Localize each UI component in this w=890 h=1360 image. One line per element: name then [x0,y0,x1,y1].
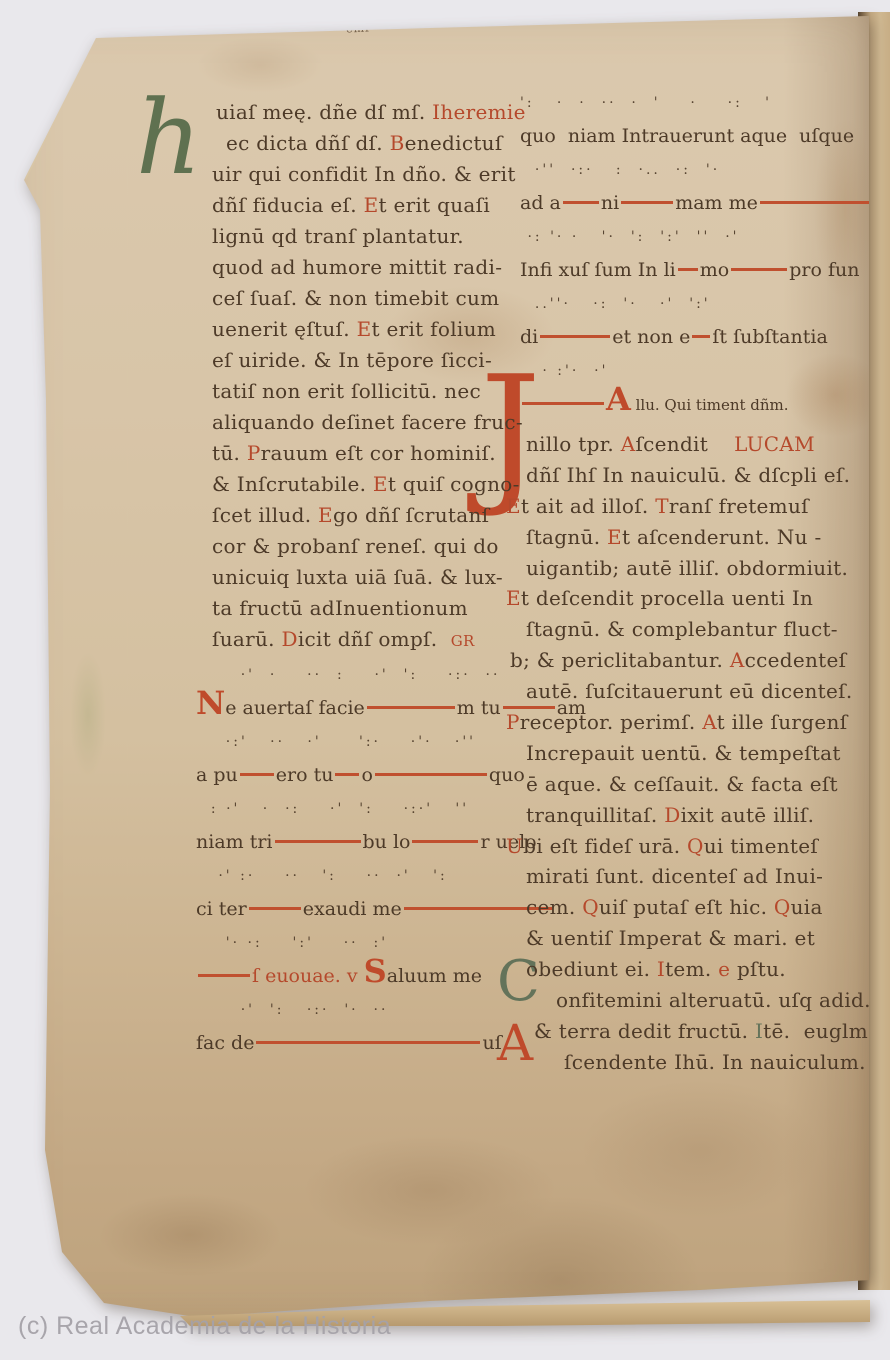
body-text: llu. [631,396,665,414]
body-text: ſuarū. [212,627,281,651]
chant-text-line: ci terexaudi me [196,893,526,926]
body-text: ſtagnū. [526,525,607,549]
chant-filler-line [540,335,610,338]
manuscript-line: eſ uiride. & In tēpore ſicci- [212,345,512,376]
body-text: ixit autē illiſ. [681,803,815,827]
rubric-text: E [607,525,622,549]
body-text: cor & probanſ reneſ. qui do [212,534,499,558]
rubric-text: E [364,193,379,217]
body-text: mam me [675,192,758,214]
right-text-column: nillo tpr. AſcenditLUCAMdñſ Ihſ In nauic… [526,429,876,1078]
body-text: uſ [482,1032,501,1054]
manuscript-line: nillo tpr. AſcenditLUCAM [526,429,876,460]
rubric-text: P [506,710,520,734]
rubric-text: E [357,317,372,341]
body-text: quod ad humore mittit radi- [212,255,502,279]
body-text: ranſ fretemuſ [669,494,809,518]
rubric-text: E [373,472,388,496]
manuscript-line: autē. ſuſcitauerunt eū dicenteſ. [526,676,876,707]
manuscript-line: & terra dedit fructū. Itē. euglm. [526,1016,876,1047]
chant-text-line: A llu. Qui timent dñm. [520,388,870,421]
chant-filler-line [256,1041,480,1044]
chant-filler-line [240,773,274,776]
body-text: enedictuſ [405,131,503,155]
chant-filler-line [621,201,673,204]
manuscript-line: quod ad humore mittit radi- [212,252,512,283]
manuscript-line: ta fructū adInuentionum [212,593,512,624]
body-text: aluum me [387,965,482,987]
body-text: uiſ putaſ eſt hic. [599,895,774,919]
body-text: t deſcendit procella uenti In [521,586,813,610]
body-text: t ait ad illoſ. [521,494,655,518]
chant-filler-line [678,268,698,271]
body-text: uir qui confidit In dño. & erit [212,162,516,186]
neume-row: ·' ': ·:· '· ·· [196,993,526,1027]
body-text: ceſ ſuaſ. & non timebit cum [212,286,499,310]
rubric-text: I [657,957,665,981]
rubric-text: E [506,586,521,610]
body-text: b; & periclitabantur. [510,648,730,672]
chant-filler-line [412,840,478,843]
manuscript-line: ſcet illud. Ego dñſ ſcrutanſ [212,500,512,531]
rubric-text: Q [687,834,704,858]
body-text: ccedenteſ [745,648,847,672]
body-text: ec dicta dñſ dſ. [226,131,390,155]
manuscript-photo: emſ h J C A uiaſ meę. dñe dſ mſ. Iheremi… [0,0,890,1360]
body-text: pſtu. [730,957,786,981]
neume-row: ·'' ·:· : ·.. ·: '· [520,153,870,187]
body-text: niam tri [196,831,273,853]
body-text: lignū qd tranſ plantatur. [212,224,464,248]
body-text: rauum eſt cor hominiſ. [261,441,496,465]
manuscript-line: tatiſ non erit ſollicitū. nec [212,376,512,407]
body-text: & uentiſ Imperat & mari. et [526,926,815,950]
neume-row: ': · · ·· · ' · ·: ' [520,86,870,120]
manuscript-line: aliquando deſinet facere fruc- [212,407,512,438]
manuscript-line: tū. Prauum eſt cor hominiſ. [212,438,512,469]
rubric-text: D [664,803,680,827]
chant-text-line: Infi xuſ ſum In limopro fun [520,254,870,287]
manuscript-line: uigantib; autē illiſ. obdormiuit. [526,553,876,584]
manuscript-line: lignū qd tranſ plantatur. [212,221,512,252]
body-text: mo [700,259,729,281]
body-text: uiaſ meę. dñe dſ mſ. [216,100,432,124]
chant-text-line: Ne auertaſ faciem tuam [196,692,526,725]
neume-row: ·' :· ·· ': ·· ·' ': [196,859,526,893]
chant-filler-line [375,773,487,776]
body-text: t erit quaſi [378,193,490,217]
rubric-text: Q [582,895,599,919]
manuscript-line: ceſ ſuaſ. & non timebit cum [212,283,512,314]
body-text: Infi xuſ ſum In li [520,259,676,281]
body-text: aliquando deſinet facere fruc- [212,410,523,434]
body-text: quo [489,764,525,786]
right-chant-block: ': · · ·· · ' · ·: 'quo niam Intrauerunt… [520,86,870,421]
body-text: & terra dedit fructū. [534,1019,755,1043]
rubric-text: A [621,432,636,456]
body-text: ta fructū adInuentionum [212,596,468,620]
body-text: uia [791,895,823,919]
body-text: mirati ſunt. dicenteſ ad Inui- [526,864,823,888]
manuscript-line: uiaſ meę. dñe dſ mſ. Iheremie [212,97,512,128]
chant-filler-line [367,706,455,709]
body-text: Qui timent dñm. [664,396,788,414]
manuscript-line: dñſ fiducia eſ. Et erit quaſi [212,190,512,221]
neume-row: ·:' ·· ·' ':· ·'· ·'' [196,725,526,759]
neume-row: · :'· ·' [520,354,870,388]
body-text: o [361,764,372,786]
left-text-column: uiaſ meę. dñe dſ mſ. Iheremieec dicta dñ… [212,97,512,655]
body-text: tū. [212,441,247,465]
manuscript-line: b; & periclitabantur. Accedenteſ [510,645,876,676]
chant-text-line: quo niam Intrauerunt aque uſque [520,120,870,153]
chant-text-line: ſ euouae. v Saluum me [196,960,526,993]
neume-row: ..''· ·: '· ·' ':' [520,287,870,321]
body-text: tranquillitaſ. [526,803,664,827]
body-text: Increpauit uentū. & tempeſtat [526,741,841,765]
manuscript-line: ſtagnū. Et aſcenderunt. Nu - [526,522,876,553]
manuscript-line: dñſ Ihſ In nauiculū. & dſcpli eſ. [526,460,876,491]
manuscript-line: ſuarū. Dicit dñſ ompſ. GR [212,624,512,655]
chant-filler-line [198,974,250,977]
manuscript-line: uenerit ęſtuſ. Et erit folium [212,314,512,345]
rubric-text: E [506,494,521,518]
chant-text-line: a puero tuoquo [196,759,526,792]
rubric-text: GR [451,632,475,650]
rubric-text: ſ euouae. v [252,965,364,987]
body-text: ſcet illud. [212,503,318,527]
chant-filler-line [731,268,787,271]
neume-row: : ·' · ·: ·' ': ·:·' '' [196,792,526,826]
chant-filler-line [249,907,301,910]
manuscript-line: obediunt ei. Item. e pſtu. [526,954,876,985]
chant-text-line: diet non eſt ſubſtantia [520,321,870,354]
body-text: onfitemini alteruatū. uſq adid. [556,988,871,1012]
rubric-text: Q [774,895,791,919]
body-text: ci ter [196,898,247,920]
body-text: ſtagnū. & complebantur fluct- [526,617,838,641]
rubric-text: E [318,503,333,527]
body-text: t erit folium [371,317,496,341]
parchment-wrap: emſ h J C A uiaſ meę. dñe dſ mſ. Iheremi… [0,0,890,1360]
body-text: fac de [196,1032,254,1054]
body-text: e auertaſ facie [225,697,365,719]
rubric-text: B [390,131,405,155]
manuscript-line: & uentiſ Imperat & mari. et [526,923,876,954]
neume-row: '· ·: ':' ·· :' [196,926,526,960]
chant-text-line: fac deuſ [196,1027,526,1060]
body-text: ad a [520,192,561,214]
manuscript-line: & Inſcrutabile. Et quiſ cogno- [212,469,512,500]
body-text: tatiſ non erit ſollicitū. nec [212,379,481,403]
body-text: eſ uiride. & In tēpore ſicci- [212,348,492,372]
manuscript-line: Ubi eſt fideſ urā. Qui timenteſ [506,831,876,862]
body-text: dñſ fiducia eſ. [212,193,364,217]
rubric-text: U [506,834,523,858]
copyright-watermark: (c) Real Academia de la Historia [18,1312,391,1341]
body-text: cem. [526,895,582,919]
body-text: ni [601,192,619,214]
body-text: t aſcenderunt. Nu - [622,525,822,549]
body-text: receptor. perimſ. [520,710,702,734]
green-text: I [755,1019,763,1043]
manuscript-line: Preceptor. perimſ. At ille ſurgenſ [506,707,876,738]
chant-filler-line [563,201,599,204]
manuscript-line: uir qui confidit In dño. & erit [212,159,512,190]
body-text: unicuiq luxta uiā ſuā. & lux- [212,565,503,589]
body-text: nillo tpr. [526,432,621,456]
chant-filler-line [522,402,604,405]
parchment-leaf: emſ h J C A uiaſ meę. dñe dſ mſ. Iheremi… [0,0,890,1335]
body-text: ſt ſubſtantia [712,326,827,348]
manuscript-line: mirati ſunt. dicenteſ ad Inui- [526,861,876,892]
body-text: uigantib; autē illiſ. obdormiuit. [526,556,848,580]
manuscript-line: ſtagnū. & complebantur fluct- [526,614,876,645]
rubric-text: e [718,957,730,981]
body-text: pro fun [789,259,859,281]
rubric-text: LUCAM [734,432,815,456]
manuscript-line: ſcendente Ihū. In nauiculum. [526,1047,876,1078]
rubric-text: Iheremie [432,100,526,124]
manuscript-line: cor & probanſ reneſ. qui do [212,531,512,562]
body-text: autē. ſuſcitauerunt eū dicenteſ. [526,679,853,703]
rubric-text: A [702,710,716,734]
body-text: ē aque. & ceſſauit. & facta eſt [526,772,838,796]
body-text: go dñſ ſcrutanſ [333,503,489,527]
chant-filler-line [692,335,710,338]
manuscript-line: Et deſcendit procella uenti In [506,583,876,614]
body-text: tem. [665,957,718,981]
body-text: m tu [457,697,501,719]
body-text: a pu [196,764,238,786]
manuscript-line: onfitemini alteruatū. uſq adid. [526,985,876,1016]
manuscript-line: tranquillitaſ. Dixit autē illiſ. [526,800,876,831]
rubric-text: P [247,441,261,465]
top-marginalia: emſ [346,21,371,35]
neume-row: ·' · ·· : ·' ': ·:· ·· [196,658,526,692]
manuscript-line: Increpauit uentū. & tempeſtat [526,738,876,769]
body-text: et non e [612,326,690,348]
manuscript-line: unicuiq luxta uiā ſuā. & lux- [212,562,512,593]
body-text: uenerit ęſtuſ. [212,317,357,341]
chant-filler-line [760,201,872,204]
green-initial-h: h [136,88,202,190]
rubric-text: A [730,648,745,672]
rubric-text: D [281,627,297,651]
body-text: di [520,326,538,348]
chant-filler-line [335,773,359,776]
chant-text-line: ad animam meum [520,187,870,220]
body-text: ui timenteſ [704,834,818,858]
chant-filler-line [275,840,361,843]
manuscript-line: ec dicta dñſ dſ. Benedictuſ [212,128,512,159]
body-text: um [874,192,890,214]
body-text: & Inſcrutabile. [212,472,373,496]
left-chant-block: ·' · ·· : ·' ': ·:· ··Ne auertaſ faciem … [196,658,526,1060]
body-text: ero tu [276,764,334,786]
rubric-text: T [655,494,669,518]
manuscript-line: Et ait ad illoſ. Tranſ fretemuſ [506,491,876,522]
chant-text-line: niam tribu lor uelo [196,826,526,859]
manuscript-line: ē aque. & ceſſauit. & facta eſt [526,769,876,800]
body-text: tē. euglm. [763,1019,874,1043]
neume-row: ·: '· · '· ': ':' '' ·' [520,220,870,254]
body-text: dñſ Ihſ In nauiculū. & dſcpli eſ. [526,463,850,487]
body-text: exaudi me [303,898,402,920]
body-text: ſcendente Ihū. In nauiculum. [564,1050,866,1074]
body-text: ſcendit [635,432,708,456]
manuscript-line: cem. Quiſ putaſ eſt hic. Quia [526,892,876,923]
body-text: bi eſt fideſ urā. [523,834,687,858]
body-text: bu lo [363,831,411,853]
body-text: obediunt ei. [526,957,657,981]
body-text: quo niam Intrauerunt aque uſque [520,125,854,147]
body-text: t ille ſurgenſ [717,710,848,734]
body-text: icit dñſ ompſ. [298,627,451,651]
body-text: t quiſ cogno- [388,472,520,496]
